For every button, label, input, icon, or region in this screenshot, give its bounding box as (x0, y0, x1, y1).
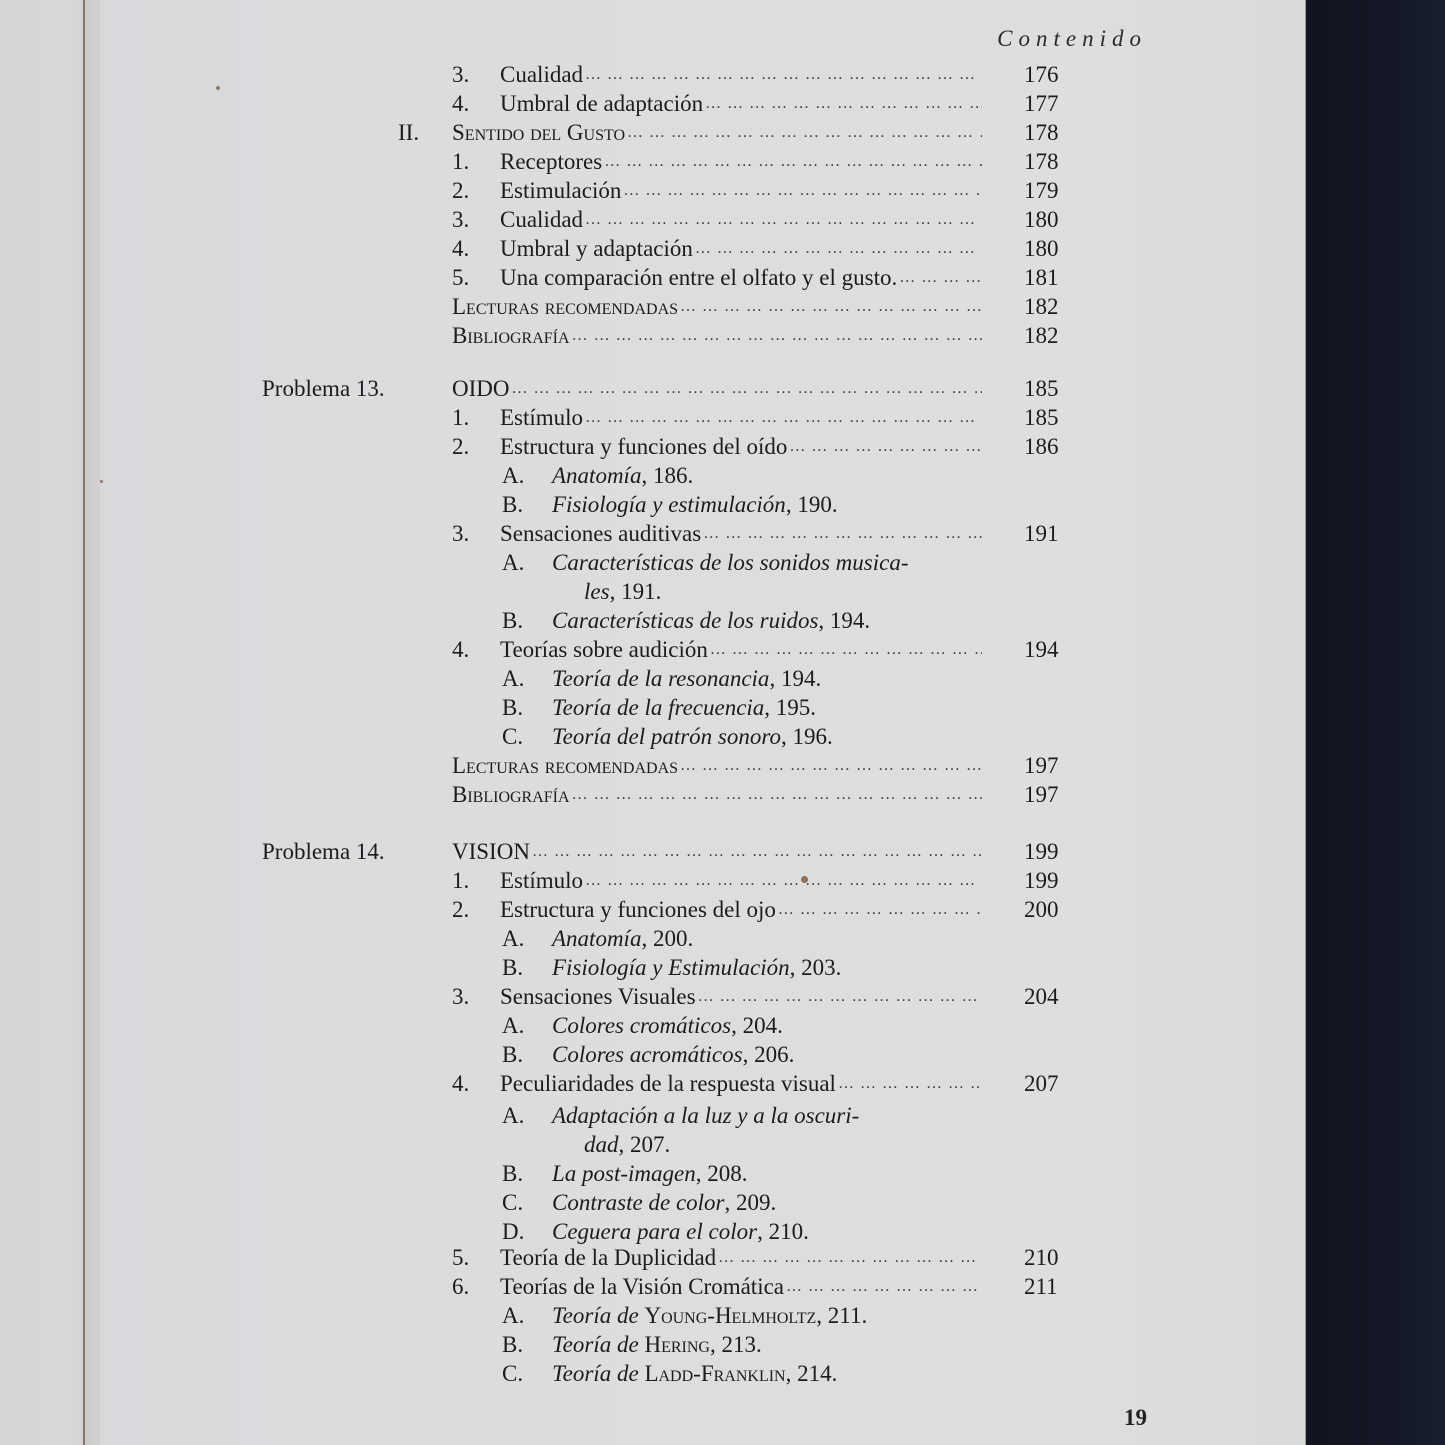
dot-leader: … … … … … … … … … … … … … … … … … … … … … (698, 982, 982, 1011)
dot-leader: … … … … … … … … … … … … … … … … … … … … … (572, 321, 982, 350)
toc-entry: 2.Estructura y funciones del oído… … … …… (0, 432, 1445, 461)
toc-entry: 1.Estímulo… … … … … … … … … … … … … … … … (0, 403, 1445, 432)
heading-title: Bibliografía (452, 780, 570, 809)
subentry-title: Contraste de color, 209. (552, 1188, 776, 1217)
entry-title: Cualidad (500, 60, 583, 89)
subentry-letter: D. (502, 1217, 524, 1246)
author-name: Hering (644, 1332, 710, 1357)
dot-leader: … … … … … … … … … … … … … … … … … … … … … (786, 1272, 982, 1301)
subentry-title: Colores cromáticos, 204. (552, 1011, 783, 1040)
toc-entry: 5.Una comparación entre el olfato y el g… (0, 263, 1445, 292)
subentry-letter: A. (502, 1011, 524, 1040)
dot-leader: … … … … … … … … … … … … … … … … … … … … … (710, 635, 982, 664)
subentry-title: Ceguera para el color, 210. (552, 1217, 809, 1246)
toc-entry: 3.Sensaciones auditivas… … … … … … … … …… (0, 519, 1445, 548)
entry-number: 4. (452, 234, 469, 263)
toc-entry: C.Teoría del patrón sonoro, 196. (0, 722, 1445, 751)
toc-entry: 1.Estímulo… … … … … … … … … … … … … … … … (0, 866, 1445, 895)
subentry-text: Teoría de la frecuencia (552, 695, 764, 720)
dot-leader: … … … … … … … … … … … … … … … … … … … … … (789, 432, 982, 461)
subentry-text: Contraste de color (552, 1190, 725, 1215)
dot-leader: … … … … … … … … … … … … … … … … … … … … … (585, 403, 982, 432)
subentry-letter: A. (502, 664, 524, 693)
toc-entry: 6.Teorías de la Visión Cromática… … … … … (0, 1272, 1445, 1301)
entry-title: Estructura y funciones del oído (500, 432, 787, 461)
toc-entry: C.Contraste de color, 209. (0, 1188, 1445, 1217)
subentry-title: La post-imagen, 208. (552, 1159, 748, 1188)
subentry-title: Anatomía, 200. (552, 924, 693, 953)
subentry-page-ref: , 196. (781, 724, 833, 749)
entry-page: 199 (1024, 866, 1064, 895)
dot-leader: … … … … … … … … … … … … … … … … … … … … … (585, 60, 982, 89)
subentry-text: Ceguera para el color (552, 1219, 757, 1244)
subentry-text: Teoría de la resonancia (552, 666, 769, 691)
toc-entry: 4.Peculiaridades de la respuesta visual…… (0, 1069, 1445, 1098)
subentry-page-ref: , 206. (743, 1042, 795, 1067)
entry-title: Estímulo (500, 866, 583, 895)
subentry-page-ref: , 209. (725, 1190, 777, 1215)
toc-entry: 5.Teoría de la Duplicidad… … … … … … … …… (0, 1243, 1445, 1272)
entry-title: Teorías de la Visión Cromática (500, 1272, 784, 1301)
entry-page: 210 (1024, 1243, 1064, 1272)
entry-page: 199 (1024, 837, 1064, 866)
dot-leader: … … … … … … … … … … … … … … … … … … … … … (703, 519, 982, 548)
subentry-page-ref: , 194. (818, 608, 870, 633)
subentry-page-ref: , 204. (731, 1013, 783, 1038)
subentry-page-ref: , 203. (790, 955, 842, 980)
subentry-letter: C. (502, 722, 523, 751)
dot-leader: … … … … … … … … … … … … … … … … … … … … … (623, 176, 982, 205)
subentry-letter: C. (502, 1188, 523, 1217)
dot-leader: … … … … … … … … … … … … … … … … … … … … … (838, 1069, 982, 1098)
entry-page: 185 (1024, 374, 1064, 403)
toc-entry: A.Teoría de la resonancia, 194. (0, 664, 1445, 693)
dot-leader: … … … … … … … … … … … … … … … … … … … … … (532, 837, 982, 866)
subentry-title: Fisiología y Estimulación, 203. (552, 953, 841, 982)
dot-leader: … … … … … … … … … … … … … … … … … … … … … (627, 118, 982, 147)
entry-number: 3. (452, 519, 469, 548)
entry-number: 3. (452, 60, 469, 89)
entry-page: 178 (1024, 147, 1064, 176)
dot-leader: … … … … … … … … … … … … … … … … … … … … … (572, 780, 982, 809)
subentry-title: Teoría de Young-Helmholtz, 211. (552, 1301, 867, 1330)
toc-entry: les, 191. (0, 577, 1445, 606)
entry-number: 6. (452, 1272, 469, 1301)
paper-speck (100, 480, 103, 483)
subentry-letter: B. (502, 606, 523, 635)
toc-entry: 2.Estimulación… … … … … … … … … … … … … … (0, 176, 1445, 205)
subentry-page-ref: , 208. (696, 1161, 748, 1186)
entry-number: 1. (452, 147, 469, 176)
subentry-letter: A. (502, 461, 524, 490)
subentry-text: Teoría del patrón sonoro (552, 724, 781, 749)
toc-entry: B.La post-imagen, 208. (0, 1159, 1445, 1188)
subentry-title: Adaptación a la luz y a la oscuri- (552, 1101, 859, 1130)
toc-entry: 3.Cualidad… … … … … … … … … … … … … … … … (0, 60, 1445, 89)
dot-leader: … … … … … … … … … … … … … … … … … … … … … (778, 895, 982, 924)
subentry-title: Anatomía, 186. (552, 461, 693, 490)
toc-entry: dad, 207. (0, 1130, 1445, 1159)
entry-page: 204 (1024, 982, 1064, 1011)
entry-page: 191 (1024, 519, 1064, 548)
toc-entry: 3.Cualidad… … … … … … … … … … … … … … … … (0, 205, 1445, 234)
subentry-text: les (584, 579, 610, 604)
toc-entry: A.Adaptación a la luz y a la oscuri- (0, 1101, 1445, 1130)
subentry-page-ref: , 213. (710, 1332, 762, 1357)
entry-number: 1. (452, 403, 469, 432)
toc-entry: 4.Umbral y adaptación… … … … … … … … … …… (0, 234, 1445, 263)
entry-page: 207 (1024, 1069, 1064, 1098)
entry-number: 2. (452, 895, 469, 924)
subentry-page-ref: , 191. (610, 579, 662, 604)
subentry-page-ref: , 195. (764, 695, 816, 720)
subentry-title: Teoría de la frecuencia, 195. (552, 693, 816, 722)
dot-leader: … … … … … … … … … … … … … … … … … … … … … (899, 263, 982, 292)
subentry-title: Teoría del patrón sonoro, 196. (552, 722, 833, 751)
subentry-text: Características de los ruidos (552, 608, 818, 633)
entry-title: Cualidad (500, 205, 583, 234)
subentry-text: Fisiología y estimulación (552, 492, 786, 517)
problem-title: VISION (452, 837, 530, 866)
dot-leader: … … … … … … … … … … … … … … … … … … … … … (585, 866, 982, 895)
subentry-letter: B. (502, 1159, 523, 1188)
subentry-page-ref: , 186. (641, 463, 693, 488)
author-name: Young-Helmholtz (644, 1303, 816, 1328)
subentry-title: Teoría de la resonancia, 194. (552, 664, 821, 693)
subentry-text: Características de los sonidos musica- (552, 550, 909, 575)
toc-entry: Bibliografía… … … … … … … … … … … … … … … (0, 321, 1445, 350)
toc-entry: C.Teoría de Ladd-Franklin, 214. (0, 1359, 1445, 1388)
toc-entry: A.Características de los sonidos musica- (0, 548, 1445, 577)
entry-title: Una comparación entre el olfato y el gus… (500, 263, 897, 292)
subentry-text: Anatomía (552, 926, 641, 951)
entry-title: Peculiaridades de la respuesta visual (500, 1069, 836, 1098)
heading-title: Lecturas recomendadas (452, 751, 678, 780)
entry-page: 197 (1024, 780, 1064, 809)
toc-entry: B.Colores acromáticos, 206. (0, 1040, 1445, 1069)
entry-number: 4. (452, 89, 469, 118)
toc-entry: 4.Umbral de adaptación… … … … … … … … … … (0, 89, 1445, 118)
subentry-letter: B. (502, 1040, 523, 1069)
subentry-letter: A. (502, 924, 524, 953)
subentry-title: Teoría de Hering, 213. (552, 1330, 762, 1359)
entry-page: 185 (1024, 403, 1064, 432)
paper-speck (801, 876, 808, 883)
toc-entry: B.Teoría de la frecuencia, 195. (0, 693, 1445, 722)
subentry-letter: A. (502, 1301, 524, 1330)
subentry-text: Adaptación a la luz y a la oscuri- (552, 1103, 859, 1128)
toc-entry: D.Ceguera para el color, 210. (0, 1217, 1445, 1246)
subentry-letter: A. (502, 1101, 524, 1130)
entry-title: Umbral y adaptación (500, 234, 693, 263)
toc-entry: 1.Receptores… … … … … … … … … … … … … … … (0, 147, 1445, 176)
entry-number: 4. (452, 635, 469, 664)
entry-title: Teorías sobre audición (500, 635, 708, 664)
subentry-letter: B. (502, 490, 523, 519)
page-number: 19 (1124, 1405, 1147, 1431)
toc-entry: II.Sentido del Gusto… … … … … … … … … … … (0, 118, 1445, 147)
dot-leader: … … … … … … … … … … … … … … … … … … … … … (705, 89, 982, 118)
dot-leader: … … … … … … … … … … … … … … … … … … … … … (585, 205, 982, 234)
subentry-page-ref: , 210. (757, 1219, 809, 1244)
toc-entry: A.Anatomía, 186. (0, 461, 1445, 490)
problem-label: Problema 13. (262, 374, 385, 403)
heading-title: Lecturas recomendadas (452, 292, 678, 321)
entry-title: Teoría de la Duplicidad (500, 1243, 716, 1272)
subentry-continuation: les, 191. (584, 577, 661, 606)
entry-title: Receptores (500, 147, 602, 176)
entry-page: 179 (1024, 176, 1064, 205)
entry-page: 180 (1024, 205, 1064, 234)
subentry-text: Teoría de (552, 1332, 644, 1357)
dot-leader: … … … … … … … … … … … … … … … … … … … … … (604, 147, 982, 176)
subentry-text: Colores acromáticos (552, 1042, 743, 1067)
section-title: Sentido del Gusto (452, 118, 625, 147)
author-name: Ladd-Franklin (644, 1361, 785, 1386)
paper-speck (216, 86, 220, 90)
entry-title: Estímulo (500, 403, 583, 432)
subentry-text: Teoría de (552, 1361, 644, 1386)
entry-title: Umbral de adaptación (500, 89, 703, 118)
subentry-page-ref: , 214. (786, 1361, 838, 1386)
subentry-page-ref: , 207. (619, 1132, 671, 1157)
subentry-title: Fisiología y estimulación, 190. (552, 490, 838, 519)
subentry-letter: B. (502, 1330, 523, 1359)
entry-page: 180 (1024, 234, 1064, 263)
entry-page: 197 (1024, 751, 1064, 780)
subentry-title: Teoría de Ladd-Franklin, 214. (552, 1359, 837, 1388)
subentry-text: dad (584, 1132, 619, 1157)
toc-entry: B.Fisiología y Estimulación, 203. (0, 953, 1445, 982)
toc-entry: A.Teoría de Young-Helmholtz, 211. (0, 1301, 1445, 1330)
entry-page: 186 (1024, 432, 1064, 461)
problem-entry: Problema 13.OIDO… … … … … … … … … … … … … (0, 374, 1445, 403)
subentry-title: Colores acromáticos, 206. (552, 1040, 794, 1069)
dot-leader: … … … … … … … … … … … … … … … … … … … … … (512, 374, 983, 403)
subentry-title: Características de los ruidos, 194. (552, 606, 870, 635)
dot-leader: … … … … … … … … … … … … … … … … … … … … … (680, 751, 982, 780)
subentry-letter: C. (502, 1359, 523, 1388)
entry-number: II. (398, 118, 419, 147)
entry-page: 194 (1024, 635, 1064, 664)
toc-entry: A.Anatomía, 200. (0, 924, 1445, 953)
dot-leader: … … … … … … … … … … … … … … … … … … … … … (695, 234, 982, 263)
entry-title: Estructura y funciones del ojo (500, 895, 776, 924)
entry-number: 3. (452, 205, 469, 234)
toc-entry: A.Colores cromáticos, 204. (0, 1011, 1445, 1040)
dot-leader: … … … … … … … … … … … … … … … … … … … … … (680, 292, 982, 321)
subentry-letter: B. (502, 953, 523, 982)
subentry-page-ref: , 190. (786, 492, 838, 517)
toc-entry: 4.Teorías sobre audición… … … … … … … … … (0, 635, 1445, 664)
subentry-text: Teoría de (552, 1303, 644, 1328)
entry-page: 176 (1024, 60, 1064, 89)
subentry-continuation: dad, 207. (584, 1130, 670, 1159)
problem-title: OIDO (452, 374, 510, 403)
entry-title: Estimulación (500, 176, 621, 205)
subentry-text: Colores cromáticos (552, 1013, 731, 1038)
entry-page: 182 (1024, 321, 1064, 350)
entry-title: Sensaciones auditivas (500, 519, 701, 548)
subentry-text: Anatomía (552, 463, 641, 488)
toc-entry: 2.Estructura y funciones del ojo… … … … … (0, 895, 1445, 924)
entry-page: 177 (1024, 89, 1064, 118)
entry-page: 182 (1024, 292, 1064, 321)
subentry-text: La post-imagen (552, 1161, 696, 1186)
problem-entry: Problema 14.VISION… … … … … … … … … … … … (0, 837, 1445, 866)
dot-leader: … … … … … … … … … … … … … … … … … … … … … (718, 1243, 982, 1272)
entry-number: 4. (452, 1069, 469, 1098)
toc-entry: Bibliografía… … … … … … … … … … … … … … … (0, 780, 1445, 809)
toc-entry: B.Características de los ruidos, 194. (0, 606, 1445, 635)
entry-title: Sensaciones Visuales (500, 982, 696, 1011)
toc-entry: B.Teoría de Hering, 213. (0, 1330, 1445, 1359)
entry-number: 5. (452, 263, 469, 292)
problem-label: Problema 14. (262, 837, 385, 866)
entry-page: 200 (1024, 895, 1064, 924)
subentry-title: Características de los sonidos musica- (552, 548, 909, 577)
entry-page: 211 (1024, 1272, 1064, 1301)
subentry-page-ref: , 211. (816, 1303, 867, 1328)
toc-entry: Lecturas recomendadas… … … … … … … … … …… (0, 751, 1445, 780)
subentry-text: Fisiología y Estimulación (552, 955, 790, 980)
toc-entry: Lecturas recomendadas… … … … … … … … … …… (0, 292, 1445, 321)
entry-page: 181 (1024, 263, 1064, 292)
subentry-page-ref: , 200. (641, 926, 693, 951)
subentry-page-ref: , 194. (769, 666, 821, 691)
subentry-letter: A. (502, 548, 524, 577)
entry-number: 1. (452, 866, 469, 895)
entry-number: 2. (452, 432, 469, 461)
heading-title: Bibliografía (452, 321, 570, 350)
entry-number: 3. (452, 982, 469, 1011)
running-head: Contenido (997, 26, 1147, 52)
subentry-letter: B. (502, 693, 523, 722)
entry-page: 178 (1024, 118, 1064, 147)
toc-entry: B.Fisiología y estimulación, 190. (0, 490, 1445, 519)
toc-entry: 3.Sensaciones Visuales… … … … … … … … … … (0, 982, 1445, 1011)
entry-number: 2. (452, 176, 469, 205)
entry-number: 5. (452, 1243, 469, 1272)
